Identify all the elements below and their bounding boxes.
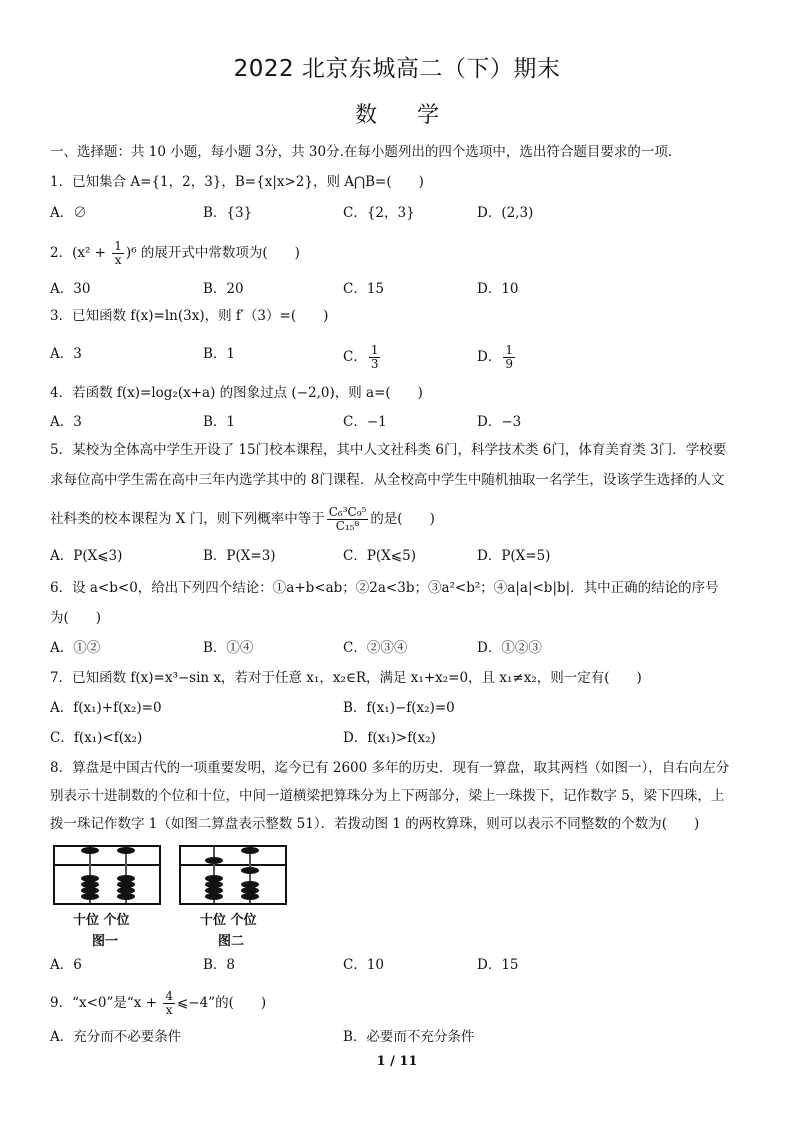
subject-title: 数学 xyxy=(0,98,794,129)
q9-option-a: A．充分而不必要条件 xyxy=(50,1027,181,1047)
abacus-bead xyxy=(241,893,259,900)
question-4-stem: 4．若函数 f(x)=log₂(x+a) 的图象过点 (−2,0)，则 a=( … xyxy=(50,383,423,403)
q6-option-b: B．①④ xyxy=(203,638,253,658)
question-6-stem-line: 为( ) xyxy=(50,608,101,628)
question-6-stem-line: 6．设 a<b<0，给出下列四个结论：①a+b<ab；②2a<3b；③a²<b²… xyxy=(50,578,719,598)
q2-option-d: D．10 xyxy=(477,279,519,299)
q7-option-b: B．f(x₁)−f(x₂)=0 xyxy=(343,698,455,718)
question-5-stem-line: 5．某校为全体高中学生开设了 15门校本课程，其中人文社科类 6门，科学技术类 … xyxy=(50,440,726,460)
q8-option-b: B．8 xyxy=(203,955,235,975)
abacus-bead xyxy=(205,893,223,900)
abacus-figure-2 xyxy=(179,845,287,905)
q8-option-c: C．10 xyxy=(343,955,384,975)
q5-option-b: B．P(X=3) xyxy=(203,546,276,566)
abacus-bead xyxy=(241,867,259,874)
subject-char: 学 xyxy=(417,98,439,129)
abacus-beam xyxy=(55,864,159,866)
abacus-1-labels: 十位 个位 xyxy=(73,909,130,928)
abacus-2-caption: 图二 xyxy=(218,930,244,949)
q6-option-d: D．①②③ xyxy=(477,638,542,658)
fraction: C₆³C₉⁵C₁₅⁸ xyxy=(327,506,369,533)
question-2-stem: 2．(x² + 1x)⁶ 的展开式中常数项为( ) xyxy=(50,240,300,267)
q5-option-c: C．P(X⩽5) xyxy=(343,546,416,566)
exam-page: 2022 北京东城高二（下）期末 数学 一、选择题：共 10 小题，每小题 3分… xyxy=(0,0,794,1123)
q6-option-a: A．①② xyxy=(50,638,100,658)
fraction: 1x xyxy=(112,240,124,267)
q1-option-c: C．{2，3} xyxy=(343,203,415,223)
q7-option-c: C．f(x₁)<f(x₂) xyxy=(50,728,142,748)
q1-option-d: D．(2,3) xyxy=(477,203,533,223)
q7-option-d: D．f(x₁)>f(x₂) xyxy=(343,728,436,748)
q1-option-a: A．∅ xyxy=(50,203,87,223)
q3-option-d: D．19 xyxy=(477,344,517,371)
q5-option-a: A．P(X⩽3) xyxy=(50,546,122,566)
question-5-stem-line: 求每位高中学生需在高中三年内选学其中的 8门课程．从全校高中学生中随机抽取一名学… xyxy=(50,470,724,490)
abacus-bead xyxy=(81,847,99,854)
question-5-stem-line: 社科类的校本课程为 X 门，则下列概率中等于C₆³C₉⁵C₁₅⁸的是( ) xyxy=(50,506,435,533)
abacus-bead xyxy=(241,847,259,854)
q1-option-b: B．{3} xyxy=(203,203,252,223)
q6-option-c: C．②③④ xyxy=(343,638,407,658)
q7-option-a: A．f(x₁)+f(x₂)=0 xyxy=(50,698,162,718)
q8-option-a: A．6 xyxy=(50,955,82,975)
question-9-stem: 9．“x<0”是“x + 4x⩽−4”的( ) xyxy=(50,990,266,1017)
abacus-2-labels: 十位 个位 xyxy=(200,909,257,928)
abacus-figure-1 xyxy=(53,845,161,905)
q5-option-d: D．P(X=5) xyxy=(477,546,550,566)
abacus-bead xyxy=(117,893,135,900)
question-1-stem: 1．已知集合 A={1，2，3}，B={x|x>2}，则 A⋂B=( ) xyxy=(50,172,424,192)
abacus-1-caption: 图一 xyxy=(92,930,118,949)
abacus-bead xyxy=(205,857,223,864)
question-8-stem-line: 拨一珠记作数字 1（如图二算盘表示整数 51）．若拨动图 1 的两枚算珠，则可以… xyxy=(50,814,699,834)
q4-option-b: B．1 xyxy=(203,412,235,432)
q2-option-c: C．15 xyxy=(343,279,384,299)
abacus-bead xyxy=(117,847,135,854)
question-3-stem: 3．已知函数 f(x)=ln(3x)，则 f′（3）=( ) xyxy=(50,306,328,326)
q4-option-a: A．3 xyxy=(50,412,82,432)
q2-option-a: A．30 xyxy=(50,279,90,299)
abacus-bead xyxy=(81,893,99,900)
fraction: 4x xyxy=(163,990,175,1017)
q3-option-b: B．1 xyxy=(203,344,235,364)
question-8-stem-line: 别表示十进制数的个位和十位，中间一道横梁把算珠分为上下两部分，梁上一珠拨下，记作… xyxy=(50,786,724,806)
subject-char: 数 xyxy=(355,98,377,129)
abacus-beam xyxy=(181,864,285,866)
q3-option-a: A．3 xyxy=(50,344,82,364)
section-heading: 一、选择题：共 10 小题，每小题 3分，共 30分.在每小题列出的四个选项中，… xyxy=(50,142,672,162)
exam-title: 2022 北京东城高二（下）期末 xyxy=(0,50,794,83)
question-7-stem: 7．已知函数 f(x)=x³−sin x，若对于任意 x₁，x₂∈R，满足 x₁… xyxy=(50,668,642,688)
q4-option-c: C．−1 xyxy=(343,412,387,432)
q2-option-b: B．20 xyxy=(203,279,244,299)
q8-option-d: D．15 xyxy=(477,955,519,975)
q3-option-c: C．13 xyxy=(343,344,382,371)
page-number: 1 / 11 xyxy=(0,1054,794,1069)
question-8-stem-line: 8．算盘是中国古代的一项重要发明，迄今已有 2600 多年的历史．现有一算盘，取… xyxy=(50,758,729,778)
q4-option-d: D．−3 xyxy=(477,412,521,432)
q9-option-b: B．必要而不充分条件 xyxy=(343,1027,474,1047)
